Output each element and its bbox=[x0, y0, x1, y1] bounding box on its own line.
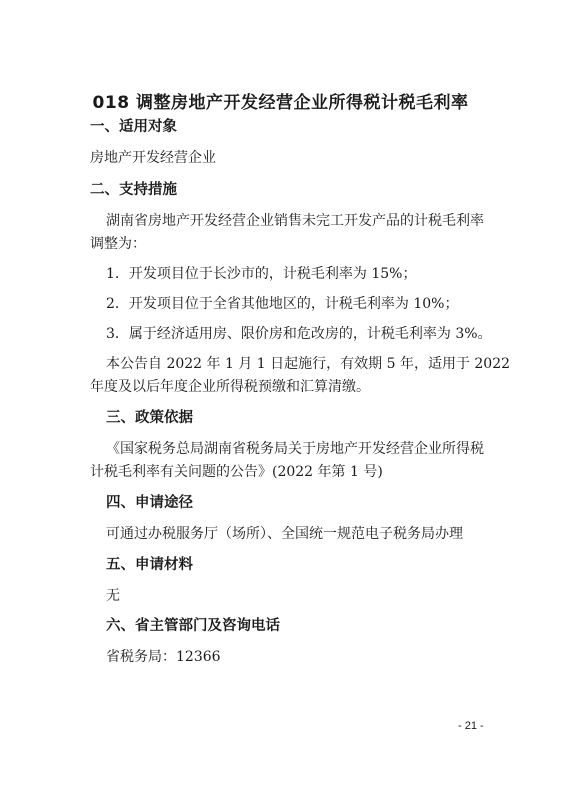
page-number: - 21 - bbox=[458, 720, 484, 732]
page-title: 018 调整房地产开发经营企业所得税计税毛利率 bbox=[0, 88, 561, 113]
measure-item-3: 3．属于经济适用房、限价房和危改房的，计税毛利率为 3%。 bbox=[106, 324, 492, 344]
section-heading-channel: 四、申请途径 bbox=[106, 493, 193, 513]
measure-item-1: 1．开发项目位于长沙市的，计税毛利率为 15%； bbox=[106, 264, 416, 284]
section-body-materials: 无 bbox=[106, 586, 120, 606]
measures-intro-line2: 调整为： bbox=[90, 234, 146, 254]
section-heading-materials: 五、申请材料 bbox=[106, 555, 193, 575]
section-heading-applicable: 一、适用对象 bbox=[90, 117, 177, 137]
effective-line2: 年度及以后年度企业所得税预缴和汇算清缴。 bbox=[90, 377, 370, 397]
section-body-channel: 可通过办税服务厅（场所）、全国统一规范电子税务局办理 bbox=[106, 524, 463, 544]
section-heading-measures: 二、支持措施 bbox=[90, 180, 177, 200]
section-body-applicable: 房地产开发经营企业 bbox=[90, 148, 216, 168]
effective-line1: 本公告自 2022 年 1 月 1 日起施行，有效期 5 年，适用于 2022 bbox=[106, 354, 510, 374]
section-heading-basis: 三、政策依据 bbox=[106, 408, 193, 428]
measure-item-2: 2．开发项目位于全省其他地区的，计税毛利率为 10%； bbox=[106, 294, 458, 314]
section-body-contact: 省税务局：12366 bbox=[106, 647, 221, 667]
measures-intro-line1: 湖南省房地产开发经营企业销售未完工开发产品的计税毛利率 bbox=[106, 211, 484, 231]
basis-line1: 《国家税务总局湖南省税务局关于房地产开发经营企业所得税 bbox=[106, 439, 484, 459]
section-heading-contact: 六、省主管部门及咨询电话 bbox=[106, 616, 280, 636]
basis-line2: 计税毛利率有关问题的公告》(2022 年第 1 号) bbox=[90, 462, 383, 482]
